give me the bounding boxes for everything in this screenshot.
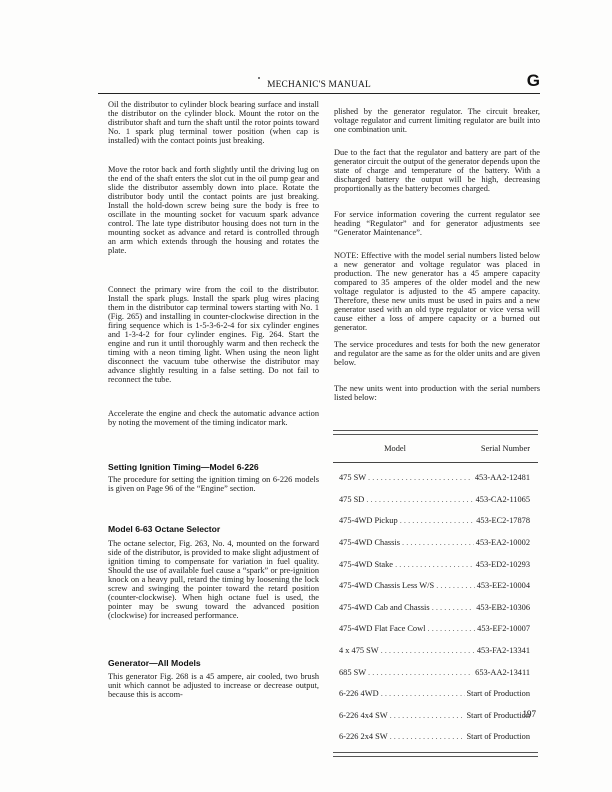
paragraph-regulator-combo: plished by the generator regulator. The …	[334, 107, 540, 134]
serial-cell: 453-EB2-10306	[474, 603, 530, 612]
table-row: 4 x 475 SW453-FA2-13341	[333, 640, 538, 662]
model-cell: 4 x 475 SW	[339, 646, 475, 655]
table-row: 475-4WD Chassis453-EA2-10002	[333, 532, 538, 554]
table-row: 475 SW453-AA2-12481	[333, 467, 538, 489]
table-row: 685 SW653-AA2-13411	[333, 661, 538, 683]
model-cell: 475-4WD Cab and Chassis	[339, 603, 474, 612]
model-cell: 6-226 4x4 SW	[339, 711, 465, 720]
paragraph-battery-output: Due to the fact that the regulator and b…	[334, 148, 540, 193]
serial-cell: 453-AA2-12481	[473, 473, 530, 482]
model-cell: 475-4WD Flat Face Cowl	[339, 624, 475, 633]
paragraph-octane-selector: The octane selector, Fig. 263, No. 4, mo…	[108, 539, 319, 620]
table-row: 6-226 2x4 SWStart of Production	[333, 726, 538, 748]
table-row: 475-4WD Stake453-ED2-10293	[333, 553, 538, 575]
table-bottom-rule	[333, 752, 538, 757]
column-header-model: Model	[333, 444, 451, 453]
table-header: Model Serial Number	[333, 435, 538, 463]
serial-cell: 453-EF2-10007	[475, 624, 530, 633]
serial-cell: Start of Production	[465, 689, 531, 698]
manual-page: MECHANIC'S MANUAL G Oil the distributor …	[0, 0, 612, 792]
page-header: MECHANIC'S MANUAL G	[98, 62, 540, 94]
paragraph-timing-procedure: The procedure for setting the ignition t…	[108, 475, 319, 493]
serial-cell: 453-EE2-10004	[475, 581, 530, 590]
paragraph-serial-intro: The new units went into production with …	[334, 384, 540, 402]
table-row: 475-4WD Flat Face Cowl453-EF2-10007	[333, 618, 538, 640]
serial-cell: 453-ED2-10293	[474, 560, 530, 569]
model-cell: 6-226 4WD	[339, 689, 465, 698]
serial-cell: 453-EA2-10002	[474, 538, 530, 547]
heading-setting-ignition-timing: Setting Ignition Timing—Model 6-226	[108, 462, 319, 472]
paragraph-service-procedures: The service procedures and tests for bot…	[334, 340, 540, 367]
paragraph-note-new-generator: NOTE: Effective with the model serial nu…	[334, 251, 540, 332]
serial-cell: 453-EC2-17878	[474, 516, 530, 525]
table-row: 475-4WD Pickup453-EC2-17878	[333, 510, 538, 532]
column-header-serial: Serial Number	[451, 444, 538, 453]
heading-generator: Generator—All Models	[108, 658, 319, 668]
table-row: 475-4WD Cab and Chassis453-EB2-10306	[333, 597, 538, 619]
paragraph-accelerate: Accelerate the engine and check the auto…	[108, 409, 319, 427]
serial-number-table: Model Serial Number 475 SW453-AA2-12481 …	[333, 430, 538, 757]
paragraph-service-info: For service information covering the cur…	[334, 210, 540, 237]
model-cell: 475-4WD Chassis Less W/S	[339, 581, 475, 590]
paragraph-install-distributor: Oil the distributor to cylinder block be…	[108, 100, 319, 145]
heading-octane-selector: Model 6-63 Octane Selector	[108, 524, 319, 534]
model-cell: 475 SD	[339, 495, 474, 504]
model-cell: 475 SW	[339, 473, 473, 482]
serial-cell: 653-AA2-13411	[473, 668, 530, 677]
model-cell: 6-226 2x4 SW	[339, 732, 465, 741]
table-body: 475 SW453-AA2-12481 475 SD453-CA2-11065 …	[333, 463, 538, 748]
model-cell: 475-4WD Pickup	[339, 516, 474, 525]
model-cell: 685 SW	[339, 668, 473, 677]
section-letter: G	[527, 71, 540, 91]
serial-cell: 453-FA2-13341	[475, 646, 530, 655]
paragraph-rotor-adjust: Move the rotor back and forth slightly u…	[108, 165, 319, 255]
paragraph-generator-intro: This generator Fig. 268 is a 45 ampere, …	[108, 672, 319, 699]
table-row: 475 SD453-CA2-11065	[333, 489, 538, 511]
model-cell: 475-4WD Chassis	[339, 538, 474, 547]
paragraph-connect-wires: Connect the primary wire from the coil t…	[108, 285, 319, 385]
page-title: MECHANIC'S MANUAL	[98, 80, 540, 90]
table-row: 6-226 4WDStart of Production	[333, 683, 538, 705]
serial-cell: Start of Production	[465, 732, 531, 741]
table-row: 475-4WD Chassis Less W/S453-EE2-10004	[333, 575, 538, 597]
model-cell: 475-4WD Stake	[339, 560, 474, 569]
page-number: 197	[500, 709, 536, 719]
serial-cell: 453-CA2-11065	[474, 495, 530, 504]
